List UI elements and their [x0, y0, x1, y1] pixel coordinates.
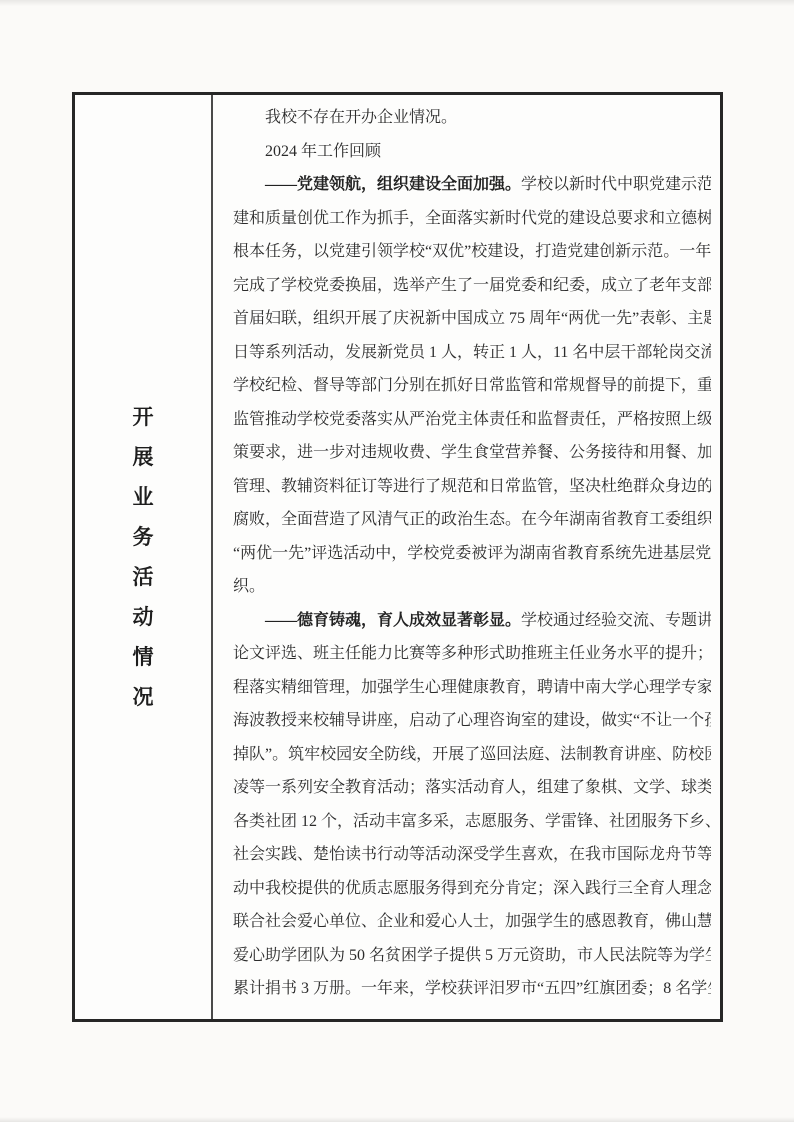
text-line: 论文评选、班主任能力比赛等多种形式助推班主任业务水平的提升；全 — [233, 637, 711, 671]
text-line: 程落实精细管理，加强学生心理健康教育，聘请中南大学心理学专家唐 — [233, 671, 711, 705]
row-header-char: 情 — [133, 647, 154, 668]
text-line: 我校不存在开办企业情况。 — [233, 101, 711, 135]
text-line: 联合社会爱心单位、企业和爱心人士，加强学生的感恩教育，佛山慧度 — [233, 905, 711, 939]
text-line: 社会实践、楚怡读书行动等活动深受学生喜欢，在我市国际龙舟节等活 — [233, 838, 711, 872]
line-text: 2024 年工作回顾 — [265, 143, 381, 160]
row-header-cell: 开 展 业 务 活 动 情 况 — [75, 95, 213, 1019]
text-line: 监管推动学校党委落实从严治党主体责任和监督责任，严格按照上级政 — [233, 403, 711, 437]
text-line: 策要求，进一步对违规收费、学生食堂营养餐、公务接待和用餐、加班 — [233, 436, 711, 470]
line-text: 累计捐书 3 万册。一年来，学校获评汨罗市“五四”红旗团委；8 名学生 — [233, 980, 711, 997]
text-line: ——党建领航，组织建设全面加强。学校以新时代中职党建示范创 — [233, 168, 711, 202]
line-text: 凌等一系列安全教育活动；落实活动育人，组建了象棋、文学、球类等 — [233, 779, 711, 796]
line-text: 学校以新时代中职党建示范创 — [521, 176, 711, 193]
text-line: 首届妇联，组织开展了庆祝新中国成立 75 周年“两优一先”表彰、主题党 — [233, 302, 711, 336]
text-line: 学校纪检、督导等部门分别在抓好日常监管和常规督导的前提下，重点 — [233, 369, 711, 403]
text-line: 动中我校提供的优质志愿服务得到充分肯定；深入践行三全育人理念， — [233, 872, 711, 906]
text-line: 日等系列活动，发展新党员 1 人，转正 1 人，11 名中层干部轮岗交流。 — [233, 336, 711, 370]
text-line: 建和质量创优工作为抓手，全面落实新时代党的建设总要求和立德树人 — [233, 202, 711, 236]
line-text: 监管推动学校党委落实从严治党主体责任和监督责任，严格按照上级政 — [233, 411, 711, 428]
row-header-char: 业 — [133, 487, 154, 508]
line-text: 论文评选、班主任能力比赛等多种形式助推班主任业务水平的提升；全 — [233, 645, 711, 662]
line-text: 织。 — [233, 578, 265, 595]
content-cell: 我校不存在开办企业情况。 2024 年工作回顾 ——党建领航，组织建设全面加强。… — [213, 95, 720, 1019]
line-text: 动中我校提供的优质志愿服务得到充分肯定；深入践行三全育人理念， — [233, 880, 711, 897]
line-text: 海波教授来校辅导讲座，启动了心理咨询室的建设，做实“不让一个孩子 — [233, 712, 711, 729]
line-text: 爱心助学团队为 50 名贫困学子提供 5 万元资助，市人民法院等为学生 — [233, 947, 711, 964]
text-line: 腐败，全面营造了风清气正的政治生态。在今年湖南省教育工委组织的 — [233, 503, 711, 537]
line-text: 首届妇联，组织开展了庆祝新中国成立 75 周年“两优一先”表彰、主题党 — [233, 310, 711, 327]
scan-edge-top — [0, 0, 794, 6]
line-text: 程落实精细管理，加强学生心理健康教育，聘请中南大学心理学专家唐 — [233, 679, 711, 696]
row-header-char: 况 — [133, 687, 154, 708]
text-line: 织。 — [233, 570, 711, 604]
line-text: 掉队”。筑牢校园安全防线，开展了巡回法庭、法制教育讲座、防校园欺 — [233, 746, 711, 763]
line-text: 根本任务，以党建引领学校“双优”校建设，打造党建创新示范。一年来， — [233, 243, 711, 260]
line-text: 我校不存在开办企业情况。 — [265, 109, 457, 126]
document-table: 开 展 业 务 活 动 情 况 我校不存在开办企业情况。 2024 年工作回顾 … — [72, 92, 723, 1022]
text-line: “两优一先”评选活动中，学校党委被评为湖南省教育系统先进基层党组 — [233, 537, 711, 571]
text-line: 掉队”。筑牢校园安全防线，开展了巡回法庭、法制教育讲座、防校园欺 — [233, 738, 711, 772]
line-text: 建和质量创优工作为抓手，全面落实新时代党的建设总要求和立德树人 — [233, 210, 711, 227]
text-line: 凌等一系列安全教育活动；落实活动育人，组建了象棋、文学、球类等 — [233, 771, 711, 805]
paragraph-lead: ——党建领航，组织建设全面加强。 — [265, 176, 521, 193]
text-line: 2024 年工作回顾 — [233, 135, 711, 169]
text-line: 根本任务，以党建引领学校“双优”校建设，打造党建创新示范。一年来， — [233, 235, 711, 269]
line-text: 腐败，全面营造了风清气正的政治生态。在今年湖南省教育工委组织的 — [233, 511, 711, 528]
row-header-char: 活 — [133, 567, 154, 588]
scan-edge-bottom — [0, 1117, 794, 1122]
text-line: 各类社团 12 个，活动丰富多采，志愿服务、学雷锋、社团服务下乡、 — [233, 805, 711, 839]
line-text: 管理、教辅资料征订等进行了规范和日常监管，坚决杜绝群众身边的微 — [233, 478, 711, 495]
line-text: 学校纪检、督导等部门分别在抓好日常监管和常规督导的前提下，重点 — [233, 377, 711, 394]
paragraph-lead: ——德育铸魂，育人成效显著彰显。 — [265, 612, 521, 629]
row-header-char: 开 — [133, 407, 154, 428]
text-line: ——德育铸魂，育人成效显著彰显。学校通过经验交流、专题讲座、 — [233, 604, 711, 638]
line-text: 学校通过经验交流、专题讲座、 — [521, 612, 711, 629]
line-text: 各类社团 12 个，活动丰富多采，志愿服务、学雷锋、社团服务下乡、 — [233, 813, 711, 830]
row-header-char: 展 — [133, 447, 154, 468]
line-text: 策要求，进一步对违规收费、学生食堂营养餐、公务接待和用餐、加班 — [233, 444, 711, 461]
line-text: 社会实践、楚怡读书行动等活动深受学生喜欢，在我市国际龙舟节等活 — [233, 846, 711, 863]
text-line: 管理、教辅资料征订等进行了规范和日常监管，坚决杜绝群众身边的微 — [233, 470, 711, 504]
line-text: “两优一先”评选活动中，学校党委被评为湖南省教育系统先进基层党组 — [233, 545, 711, 562]
row-header-char: 动 — [133, 607, 154, 628]
text-line: 完成了学校党委换届，选举产生了一届党委和纪委，成立了老年支部和 — [233, 269, 711, 303]
line-text: 联合社会爱心单位、企业和爱心人士，加强学生的感恩教育，佛山慧度 — [233, 913, 711, 930]
line-text: 日等系列活动，发展新党员 1 人，转正 1 人，11 名中层干部轮岗交流。 — [233, 344, 711, 361]
text-line: 海波教授来校辅导讲座，启动了心理咨询室的建设，做实“不让一个孩子 — [233, 704, 711, 738]
text-line: 累计捐书 3 万册。一年来，学校获评汨罗市“五四”红旗团委；8 名学生 — [233, 972, 711, 1006]
row-header-char: 务 — [133, 527, 154, 548]
line-text: 完成了学校党委换届，选举产生了一届党委和纪委，成立了老年支部和 — [233, 277, 711, 294]
text-line: 爱心助学团队为 50 名贫困学子提供 5 万元资助，市人民法院等为学生 — [233, 939, 711, 973]
